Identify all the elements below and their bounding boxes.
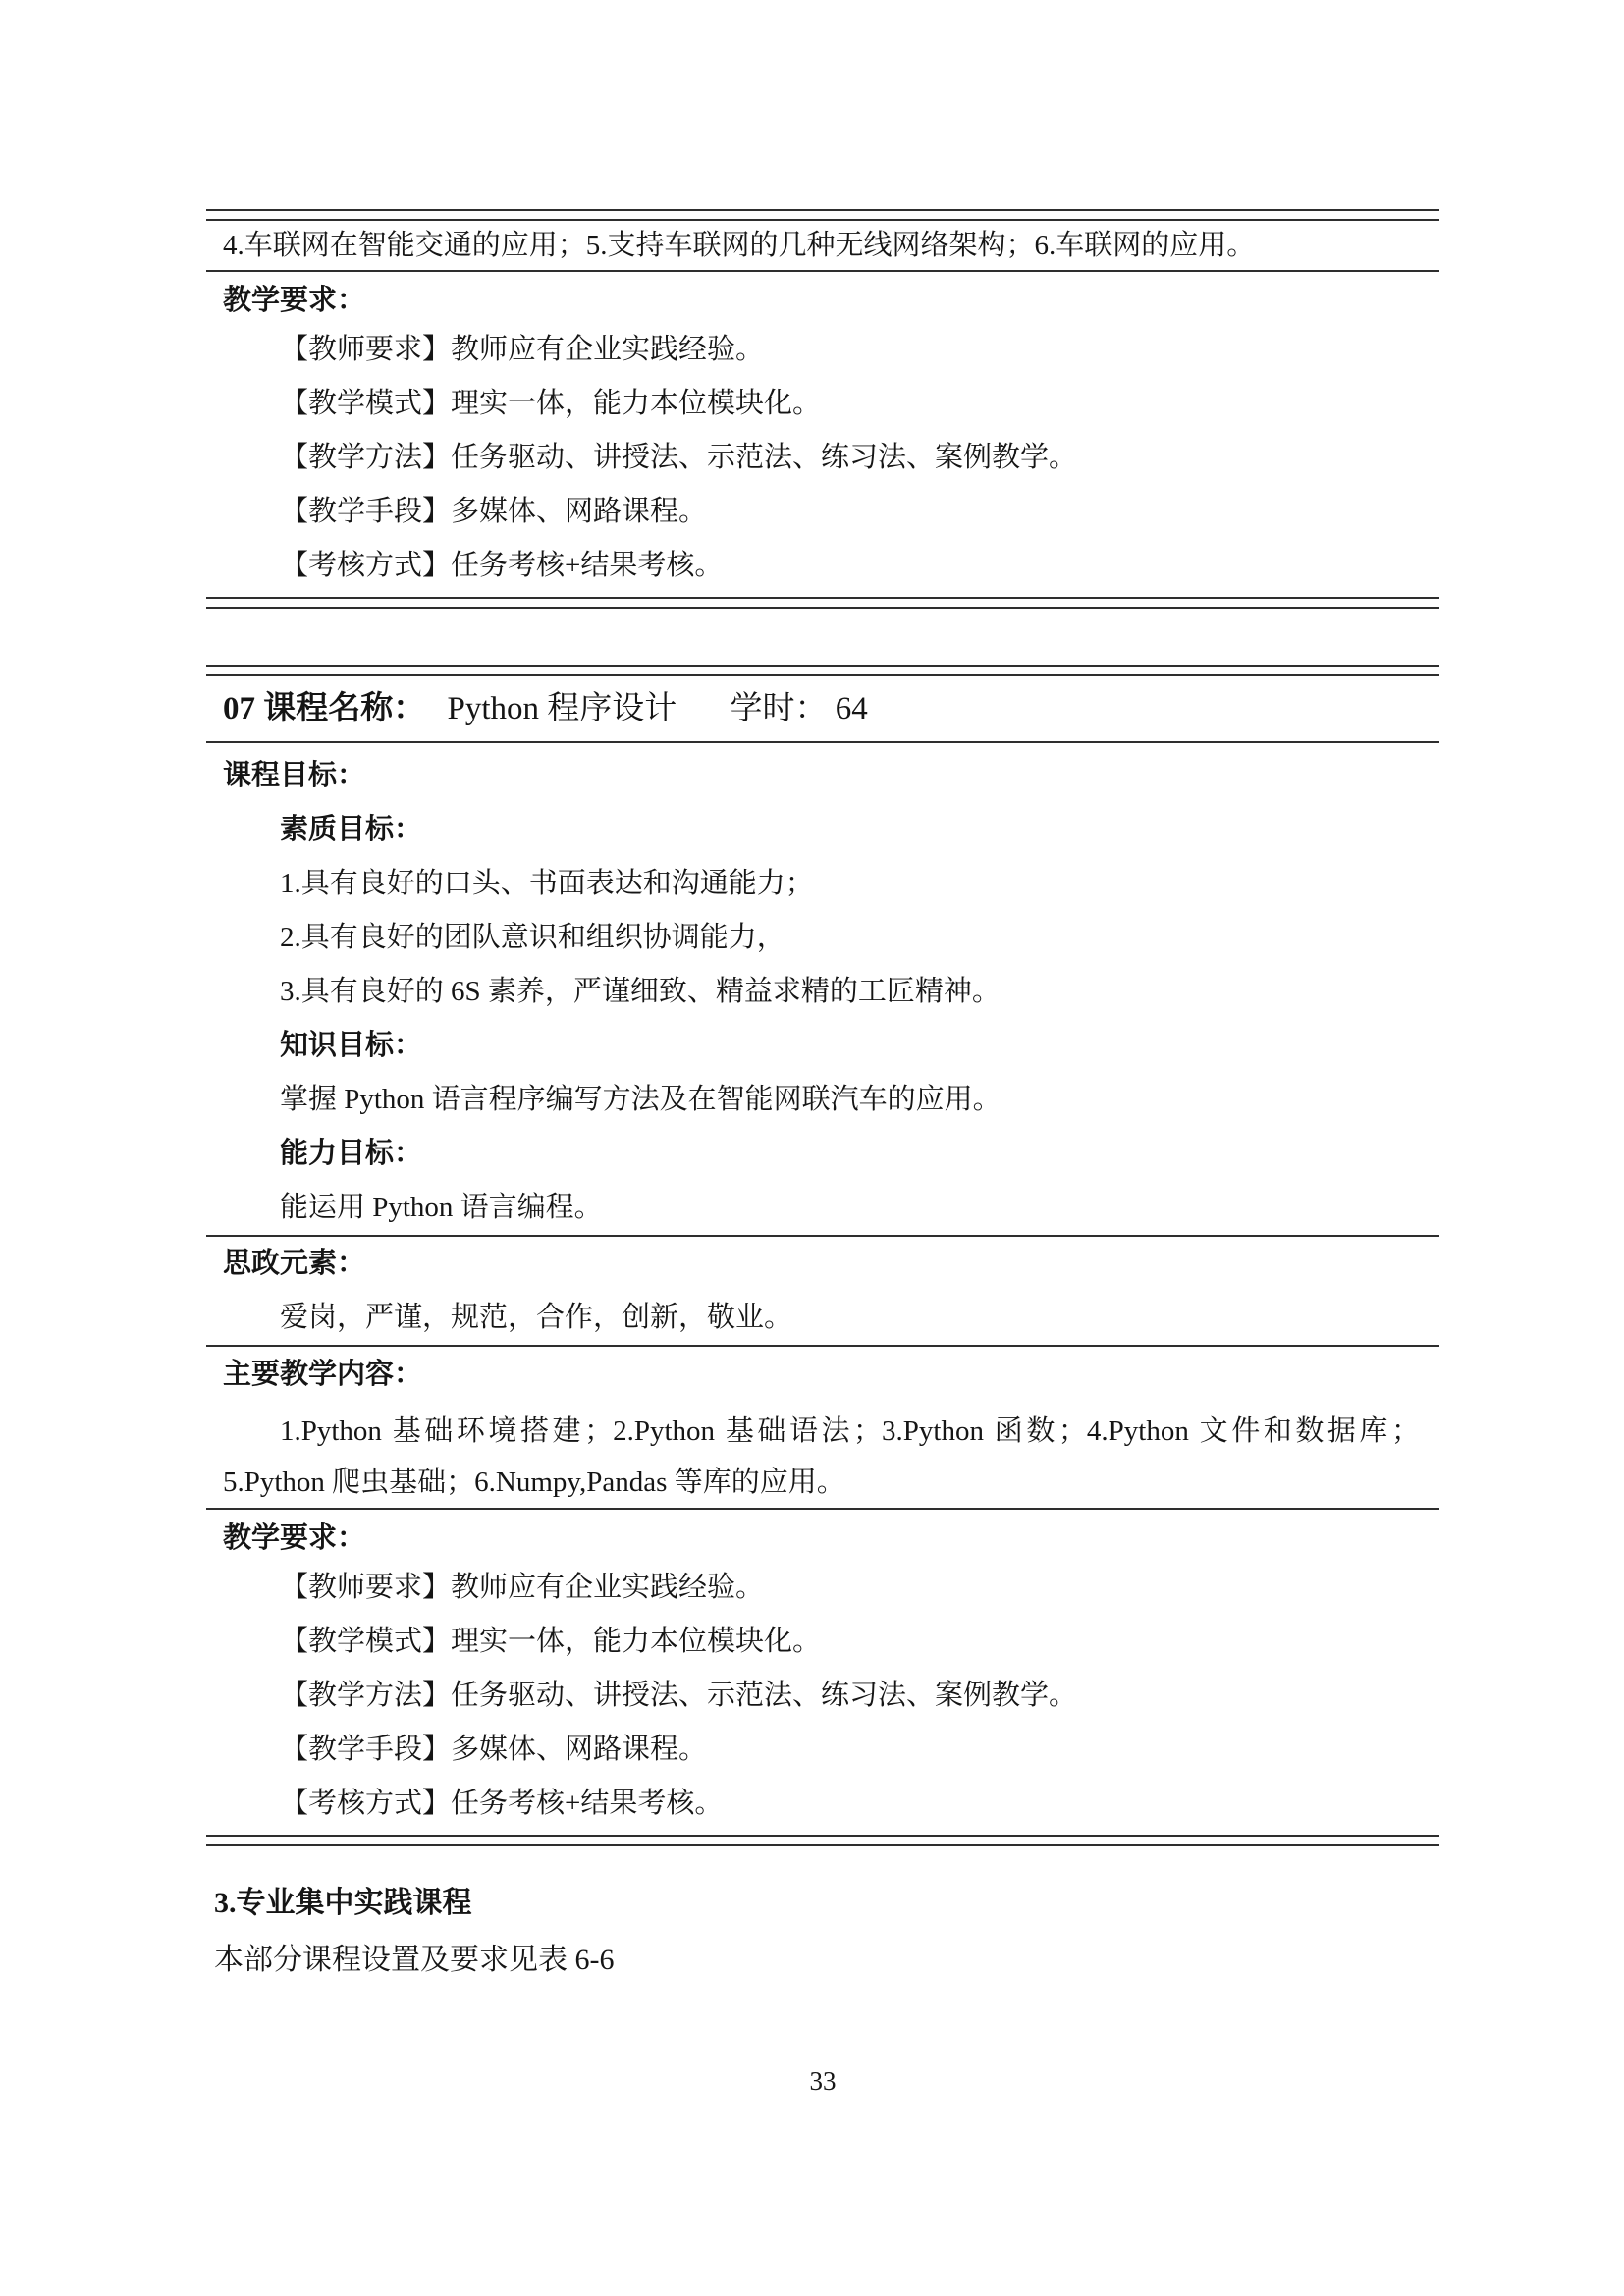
document-page: 4.车联网在智能交通的应用；5.支持车联网的几种无线网络架构；6.车联网的应用。… [0,0,1624,2296]
teaching-requirement-item: 【考核方式】任务考核+结果考核。 [223,1777,1420,1831]
teaching-requirement-item: 【教学模式】理实一体，能力本位模块化。 [223,1615,1420,1669]
prev-table-bottom-border [206,597,1439,609]
prev-course-content-text: 4.车联网在智能交通的应用；5.支持车联网的几种无线网络架构；6.车联网的应用。 [223,223,1420,268]
quality-objectives-heading: 素质目标： [223,803,1420,857]
teaching-requirements-heading: 教学要求： [223,1516,1420,1561]
course-name: Python 程序设计 [448,691,677,726]
course-table-top-border [206,665,1439,676]
ideology-text: 爱岗，严谨，规范，合作，创新，敬业。 [223,1291,1420,1345]
main-content-text: 1.Python 基础环境搭建；2.Python 基础语法；3.Python 函… [223,1406,1420,1508]
main-content-heading: 主要教学内容： [223,1349,1420,1400]
course-hours-label: 学时： [731,691,828,726]
teaching-requirements-row: 教学要求： 【教师要求】教师应有企业实践经验。 【教学模式】理实一体，能力本位模… [206,1510,1439,1835]
teaching-requirement-item: 【教师要求】教师应有企业实践经验。 [223,323,1420,377]
quality-objective-item: 2.具有良好的团队意识和组织协调能力， [223,911,1420,965]
prev-teaching-requirements-row: 教学要求： 【教师要求】教师应有企业实践经验。 【教学模式】理实一体，能力本位模… [206,272,1439,597]
ability-objectives-heading: 能力目标： [223,1127,1420,1181]
teaching-requirement-item: 【教学方法】任务驱动、讲授法、示范法、练习法、案例教学。 [223,431,1420,485]
teaching-requirement-item: 【考核方式】任务考核+结果考核。 [223,539,1420,593]
main-content-row: 主要教学内容： 1.Python 基础环境搭建；2.Python 基础语法；3.… [206,1347,1439,1508]
teaching-requirement-item: 【教学手段】多媒体、网路课程。 [223,485,1420,539]
ideology-row: 思政元素： 爱岗，严谨，规范，合作，创新，敬业。 [206,1237,1439,1345]
ability-objectives-text: 能运用 Python 语言编程。 [223,1181,1420,1235]
teaching-requirement-item: 【教学方法】任务驱动、讲授法、示范法、练习法、案例教学。 [223,1669,1420,1723]
document-content: 4.车联网在智能交通的应用；5.支持车联网的几种无线网络架构；6.车联网的应用。… [206,209,1439,1982]
course-objectives-row: 课程目标： 素质目标： 1.具有良好的口头、书面表达和沟通能力； 2.具有良好的… [206,743,1439,1235]
quality-objective-item: 3.具有良好的 6S 素养，严谨细致、精益求精的工匠精神。 [223,965,1420,1019]
teaching-requirement-item: 【教学手段】多媒体、网路课程。 [223,1723,1420,1777]
course-objectives-heading: 课程目标： [223,749,1420,803]
prev-table-top-border [206,209,1439,221]
teaching-requirements-heading: 教学要求： [223,278,1420,323]
page-number: 33 [206,2064,1439,2098]
section-heading: 3.专业集中实践课程 [206,1882,1439,1925]
teaching-requirement-item: 【教学模式】理实一体，能力本位模块化。 [223,377,1420,431]
ideology-heading: 思政元素： [223,1237,1420,1291]
course-hours-value: 64 [836,691,868,726]
course-number-label: 07 课程名称： [223,691,425,726]
quality-objective-item: 1.具有良好的口头、书面表达和沟通能力； [223,857,1420,911]
knowledge-objectives-heading: 知识目标： [223,1019,1420,1073]
table-gap [206,609,1439,665]
section-paragraph: 本部分课程设置及要求见表 6-6 [206,1939,1439,1982]
course-header-row: 07 课程名称： Python 程序设计 学时： 64 [206,676,1439,741]
course-table-bottom-border [206,1835,1439,1846]
knowledge-objectives-text: 掌握 Python 语言程序编写方法及在智能网联汽车的应用。 [223,1073,1420,1127]
teaching-requirement-item: 【教师要求】教师应有企业实践经验。 [223,1561,1420,1615]
prev-table-content-row: 4.车联网在智能交通的应用；5.支持车联网的几种无线网络架构；6.车联网的应用。 [206,223,1439,268]
